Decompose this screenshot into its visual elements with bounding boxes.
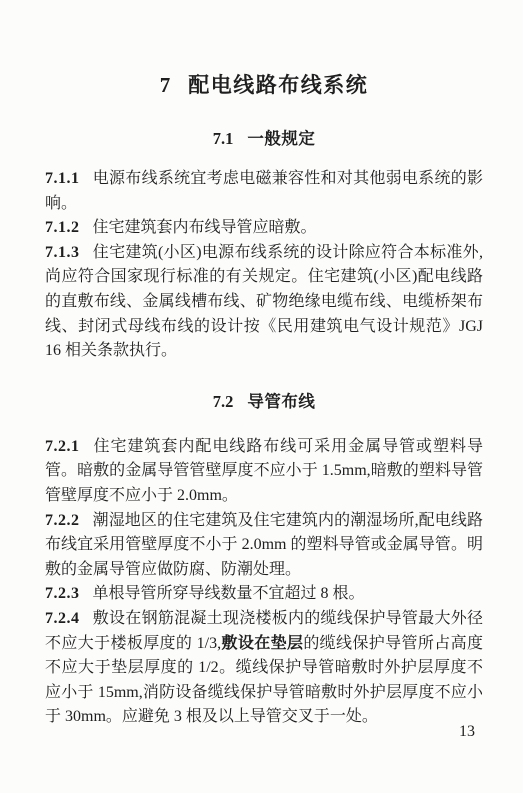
clause-text: 电源布线系统宜考虑电磁兼容性和对其他弱电系统的影响。 [45, 170, 483, 212]
clause-7-1-1: 7.1.1电源布线系统宜考虑电磁兼容性和对其他弱电系统的影响。 [45, 167, 483, 216]
clause-text-emphasis: 敷设在垫层 [221, 635, 303, 652]
clause-number: 7.1.2 [45, 219, 80, 236]
clause-number: 7.1.1 [45, 170, 80, 187]
document-page: 7配电线路布线系统 7.1一般规定 7.1.1电源布线系统宜考虑电磁兼容性和对其… [0, 0, 523, 793]
section-heading-7-2: 7.2导管布线 [45, 390, 483, 414]
clause-number: 7.2.3 [45, 585, 80, 602]
section-heading-7-1: 7.1一般规定 [45, 127, 483, 151]
section-7-2-clauses: 7.2.1住宅建筑套内配电线路布线可采用金属导管或塑料导管。暗敷的金属导管管壁厚… [45, 435, 483, 730]
chapter-title-text: 配电线路布线系统 [188, 73, 368, 97]
clause-number: 7.2.2 [45, 512, 80, 529]
clause-7-2-1: 7.2.1住宅建筑套内配电线路布线可采用金属导管或塑料导管。暗敷的金属导管管壁厚… [45, 435, 483, 509]
clause-7-2-3: 7.2.3单根导管所穿导线数量不宜超过 8 根。 [45, 582, 483, 607]
clause-7-1-3: 7.1.3住宅建筑(小区)电源布线系统的设计除应符合本标准外,尚应符合国家现行标… [45, 241, 483, 364]
clause-text: 住宅建筑(小区)电源布线系统的设计除应符合本标准外,尚应符合国家现行标准的有关规… [45, 244, 483, 359]
clause-7-2-4: 7.2.4敷设在钢筋混凝土现浇楼板内的缆线保护导管最大外径不应大于楼板厚度的 1… [45, 607, 483, 730]
section-number: 7.2 [213, 392, 234, 411]
section-title-text: 导管布线 [247, 392, 315, 411]
clause-text: 潮湿地区的住宅建筑及住宅建筑内的潮湿场所,配电线路布线宜采用管壁厚度不小于 2.… [45, 512, 483, 578]
clause-text: 住宅建筑套内配电线路布线可采用金属导管或塑料导管。暗敷的金属导管管壁厚度不应小于… [45, 438, 483, 504]
section-number: 7.1 [213, 129, 234, 148]
section-title-text: 一般规定 [247, 129, 315, 148]
clause-number: 7.2.1 [45, 438, 80, 455]
clause-text: 住宅建筑套内布线导管应暗敷。 [93, 219, 317, 236]
page-number: 13 [459, 720, 475, 744]
clause-7-1-2: 7.1.2住宅建筑套内布线导管应暗敷。 [45, 216, 483, 241]
section-7-1-clauses: 7.1.1电源布线系统宜考虑电磁兼容性和对其他弱电系统的影响。 7.1.2住宅建… [45, 167, 483, 364]
chapter-number: 7 [160, 73, 171, 97]
clause-text: 单根导管所穿导线数量不宜超过 8 根。 [93, 585, 365, 602]
clause-number: 7.1.3 [45, 244, 80, 261]
clause-number: 7.2.4 [45, 610, 80, 627]
clause-7-2-2: 7.2.2潮湿地区的住宅建筑及住宅建筑内的潮湿场所,配电线路布线宜采用管壁厚度不… [45, 509, 483, 583]
chapter-title: 7配电线路布线系统 [45, 70, 483, 100]
